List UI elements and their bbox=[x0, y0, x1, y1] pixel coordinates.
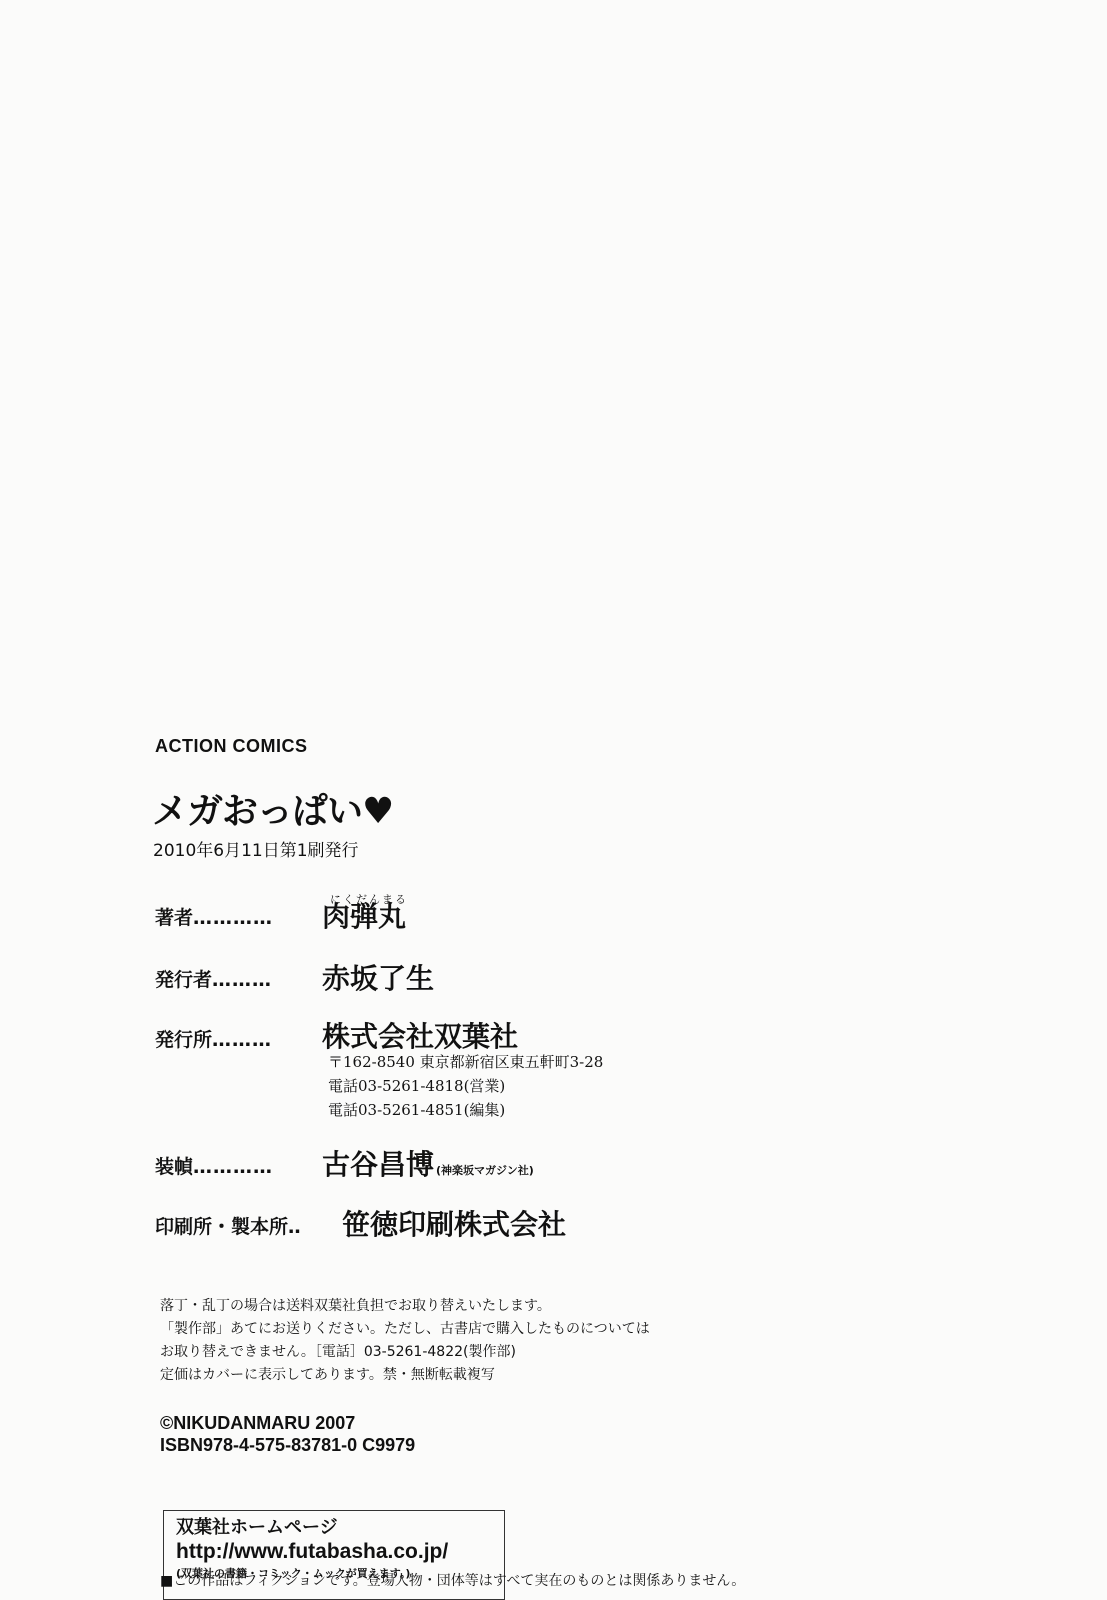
book-title: メガおっぱい♥ bbox=[152, 783, 393, 834]
publishing-house-name: 株式会社双葉社 bbox=[322, 1015, 518, 1055]
leader-dots: ………… bbox=[193, 907, 273, 929]
copyright: ©NIKUDANMARU 2007 bbox=[160, 1412, 415, 1434]
credit-label: 発行者 bbox=[155, 969, 212, 991]
notice-line: お取り替えできません。［電話］03-5261-4822(製作部) bbox=[160, 1341, 650, 1364]
leader-dots: ……… bbox=[212, 969, 272, 991]
credit-label: 装幀 bbox=[155, 1156, 193, 1178]
credit-publisher: 発行者……… bbox=[155, 965, 272, 992]
credit-author: 著者………… bbox=[155, 903, 273, 930]
notice-line: 「製作部」あてにお送りください。ただし、古書店で購入したものについては bbox=[160, 1318, 650, 1341]
series-name: ACTION COMICS bbox=[155, 736, 308, 757]
return-notice: 落丁・乱丁の場合は送料双葉社負担でお取り替えいたします。 「製作部」あてにお送り… bbox=[160, 1295, 650, 1387]
fiction-disclaimer: ■この作品はフィクションです。登場人物・団体等はすべて実在のものとは関係ありませ… bbox=[160, 1570, 745, 1590]
credit-printer: 印刷所・製本所‥ bbox=[155, 1212, 302, 1239]
copyright-block: ©NIKUDANMARU 2007 ISBN978-4-575-83781-0 … bbox=[160, 1412, 415, 1456]
homepage-url[interactable]: http://www.futabasha.co.jp/ bbox=[176, 1539, 504, 1564]
leader-dots: ‥ bbox=[288, 1216, 302, 1238]
printer-name: 笹徳印刷株式会社 bbox=[342, 1203, 566, 1243]
address-line: 〒162-8540 東京都新宿区東五軒町3-28 bbox=[328, 1050, 603, 1074]
book-title-text: メガおっぱい bbox=[152, 791, 362, 832]
heart-icon: ♥ bbox=[362, 791, 393, 832]
author-name: 肉弾丸 bbox=[322, 895, 406, 935]
publisher-name: 赤坂了生 bbox=[322, 957, 434, 997]
credit-design: 装幀………… bbox=[155, 1152, 273, 1179]
isbn: ISBN978-4-575-83781-0 C9979 bbox=[160, 1434, 415, 1456]
credit-label: 著者 bbox=[155, 907, 193, 929]
phone-editorial: 電話03-5261-4851(編集) bbox=[328, 1098, 603, 1122]
notice-line: 定価はカバーに表示してあります。禁・無断転載複写 bbox=[160, 1364, 650, 1387]
designer: 古谷昌博(神楽坂マガジン社) bbox=[322, 1143, 534, 1183]
phone-sales: 電話03-5261-4818(営業) bbox=[328, 1074, 603, 1098]
publisher-address: 〒162-8540 東京都新宿区東五軒町3-28 電話03-5261-4818(… bbox=[328, 1050, 603, 1122]
leader-dots: ……… bbox=[212, 1029, 272, 1051]
credit-publishing-house: 発行所……… bbox=[155, 1025, 272, 1052]
publication-date: 2010年6月11日第1刷発行 bbox=[153, 836, 359, 861]
designer-company: (神楽坂マガジン社) bbox=[436, 1164, 534, 1177]
credit-label: 印刷所・製本所 bbox=[155, 1216, 288, 1238]
leader-dots: ………… bbox=[193, 1156, 273, 1178]
designer-name: 古谷昌博 bbox=[322, 1148, 434, 1181]
notice-line: 落丁・乱丁の場合は送料双葉社負担でお取り替えいたします。 bbox=[160, 1295, 650, 1318]
homepage-title: 双葉社ホームページ bbox=[176, 1517, 504, 1539]
credit-label: 発行所 bbox=[155, 1029, 212, 1051]
